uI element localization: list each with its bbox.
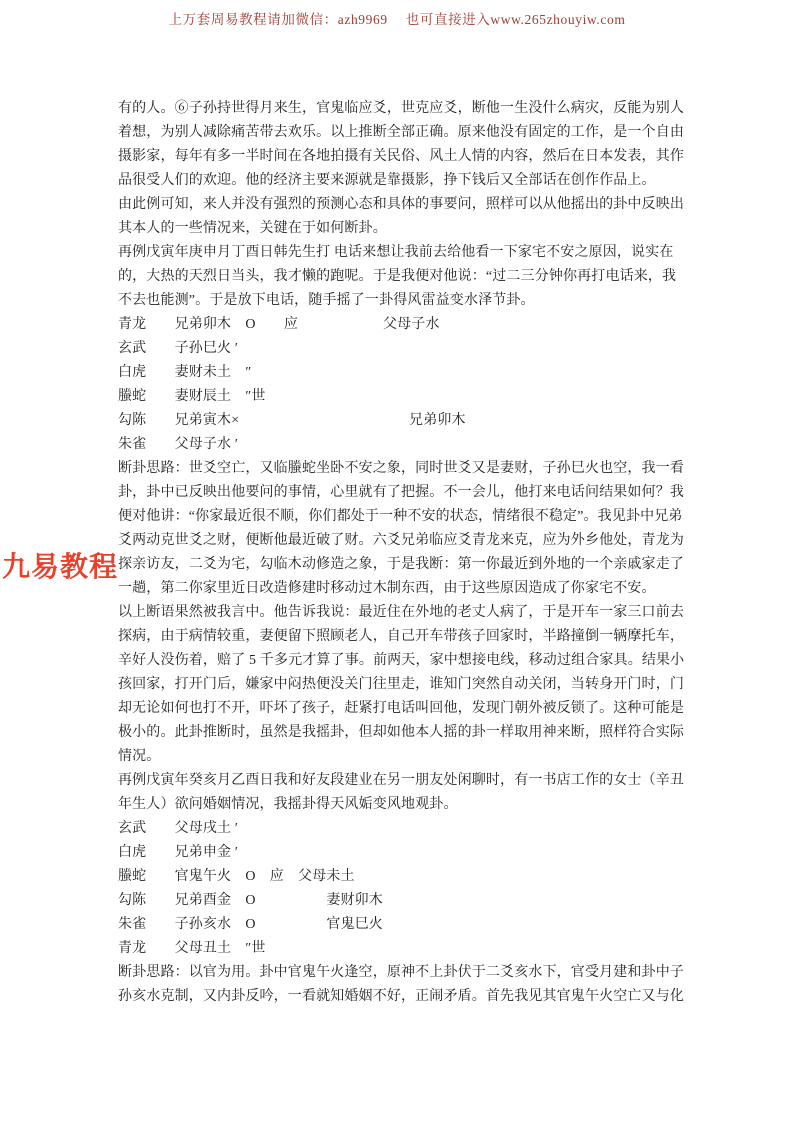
text-line: 有的人。⑥子孙持世得月来生，官鬼临应爻，世克应爻，断他一生没什么病灾，反能为别人: [118, 97, 698, 121]
hexagram-table-1: 青龙 兄弟卯木 O 应 父母子水玄武 子孙巳火 ′白虎 妻财未土 ″螣蛇 妻财辰…: [118, 313, 698, 457]
text-line: 却无论如何也打不开，吓坏了孩子，赶紧打电话叫回他，发现门朝外被反锁了。这种可能是: [118, 697, 698, 721]
hexagram-row: 螣蛇 妻财辰土 ″世: [118, 385, 698, 409]
paragraph-case3-analysis: 断卦思路：以官为用。卦中官鬼午火逢空，原神不上卦伏于二爻亥水下，官受月建和卦中子…: [118, 961, 698, 1009]
text-line: 极小的。此卦推断时，虽然是我摇卦，但却如他本人摇的卦一样取用神来断，照样符合实际: [118, 721, 698, 745]
hexagram-row: 青龙 兄弟卯木 O 应 父母子水: [118, 313, 698, 337]
text-line: 由此例可知，来人并没有强烈的预测心态和具体的事要问，照样可以从他摇出的卦中反映出: [118, 193, 698, 217]
text-line: 再例戊寅年癸亥月乙酉日我和好友段建业在另一朋友处闲聊时，有一书店工作的女士（辛丑: [118, 769, 698, 793]
hexagram-row: 玄武 子孙巳火 ′: [118, 337, 698, 361]
text-line: 断卦思路：以官为用。卦中官鬼午火逢空，原神不上卦伏于二爻亥水下，官受月建和卦中子: [118, 961, 698, 985]
hexagram-row: 螣蛇 官鬼午火 O 应 父母未土: [118, 865, 698, 889]
text-line: 摄影家，每年有多一半时间在各地拍摄有关民俗、风土人情的内容，然后在日本发表，其作: [118, 145, 698, 169]
text-line: 的，大热的天烈日当头，我才懒的跑呢。于是我便对他说：“过二三分钟你再打电话来，我: [118, 265, 698, 289]
text-line: 孙亥水克制，又内卦反吟，一看就知婚姻不好，正闹矛盾。首先我见其官鬼午火空亡又与化: [118, 985, 698, 1009]
text-line: 卦，卦中已反映出他要问的事情，心里就有了把握。不一会儿，他打来电话问结果如何？我: [118, 481, 698, 505]
paragraph-case2-outcome: 以上断语果然被我言中。他告诉我说：最近住在外地的老丈人病了，于是开车一家三口前去…: [118, 601, 698, 769]
text-line: 断卦思路：世爻空亡，又临螣蛇坐卧不安之象，同时世爻又是妻财，子孙巳火也空，我一看: [118, 457, 698, 481]
hexagram-row: 朱雀 子孙亥水 O 官鬼巳火: [118, 913, 698, 937]
hexagram-row: 玄武 父母戌土 ′: [118, 817, 698, 841]
hexagram-row: 勾陈 兄弟酉金 O 妻财卯木: [118, 889, 698, 913]
text-line: 爻两动克世爻之财，便断他最近破了财。六爻兄弟临应爻青龙来克，应为外乡他处，青龙为: [118, 529, 698, 553]
text-line: 不去也能测”。于是放下电话，随手摇了一卦得风雷益变水泽节卦。: [118, 289, 698, 313]
watermark-logo: 九易教程: [2, 545, 118, 585]
text-line: 一趟，第二你家里近日改造修建时移动过木制东西，由于这些原因造成了你家宅不安。: [118, 577, 698, 601]
paragraph-case3-intro: 再例戊寅年癸亥月乙酉日我和好友段建业在另一朋友处闲聊时，有一书店工作的女士（辛丑…: [118, 769, 698, 817]
document-body: 有的人。⑥子孙持世得月来生，官鬼临应爻，世克应爻，断他一生没什么病灾，反能为别人…: [118, 97, 698, 1009]
hexagram-row: 朱雀 父母子水 ′: [118, 433, 698, 457]
hexagram-row: 勾陈 兄弟寅木× 兄弟卯木: [118, 409, 698, 433]
text-line: 以上断语果然被我言中。他告诉我说：最近住在外地的老丈人病了，于是开车一家三口前去: [118, 601, 698, 625]
paragraph-case2-analysis: 断卦思路：世爻空亡，又临螣蛇坐卧不安之象，同时世爻又是妻财，子孙巳火也空，我一看…: [118, 457, 698, 601]
promo-header-text: 上万套周易教程请加微信：azh9969 也可直接进入www.265zhouyiw…: [0, 8, 794, 28]
text-line: 便对他讲：“你家最近很不顺，你们都处于一种不安的状态，情绪很不稳定”。我见卦中兄…: [118, 505, 698, 529]
paragraph-case1-summary: 有的人。⑥子孙持世得月来生，官鬼临应爻，世克应爻，断他一生没什么病灾，反能为别人…: [118, 97, 698, 193]
hexagram-table-2: 玄武 父母戌土 ′白虎 兄弟申金 ′螣蛇 官鬼午火 O 应 父母未土勾陈 兄弟酉…: [118, 817, 698, 961]
text-line: 探亲访友，二爻为宅，勾临木动修造之象，于是我断：第一你最近到外地的一个亲戚家走了: [118, 553, 698, 577]
hexagram-row: 白虎 兄弟申金 ′: [118, 841, 698, 865]
text-line: 情况。: [118, 745, 698, 769]
hexagram-row: 白虎 妻财未土 ″: [118, 361, 698, 385]
text-line: 其本人的一些情况来，关键在于如何断卦。: [118, 217, 698, 241]
text-line: 辛好人没伤着，赔了 5 千多元才算了事。前两天，家中想接电线，移动过组合家具。结…: [118, 649, 698, 673]
text-line: 探病，由于病情较重，妻便留下照顾老人，自己开车带孩子回家时，半路撞倒一辆摩托车，: [118, 625, 698, 649]
hexagram-row: 青龙 父母丑土 ″世: [118, 937, 698, 961]
text-line: 年生人）欲问婚姻情况，我摇卦得天风姤变风地观卦。: [118, 793, 698, 817]
text-line: 孩回家，打开门后，嫌家中闷热便没关门往里走，谁知门突然自动关闭，当转身开门时，门: [118, 673, 698, 697]
text-line: 再例戊寅年庚申月丁酉日韩先生打 电话来想让我前去给他看一下家宅不安之原因，说实在: [118, 241, 698, 265]
text-line: 着想，为别人减除痛苦带去欢乐。以上推断全部正确。原来他没有固定的工作，是一个自由: [118, 121, 698, 145]
paragraph-conclusion: 由此例可知，来人并没有强烈的预测心态和具体的事要问，照样可以从他摇出的卦中反映出…: [118, 193, 698, 241]
document-page: 上万套周易教程请加微信：azh9969 也可直接进入www.265zhouyiw…: [0, 0, 794, 1123]
text-line: 品很受人们的欢迎。他的经济主要来源就是靠摄影，挣下钱后又全部话在创作作品上。: [118, 169, 698, 193]
paragraph-case2-intro: 再例戊寅年庚申月丁酉日韩先生打 电话来想让我前去给他看一下家宅不安之原因，说实在…: [118, 241, 698, 313]
